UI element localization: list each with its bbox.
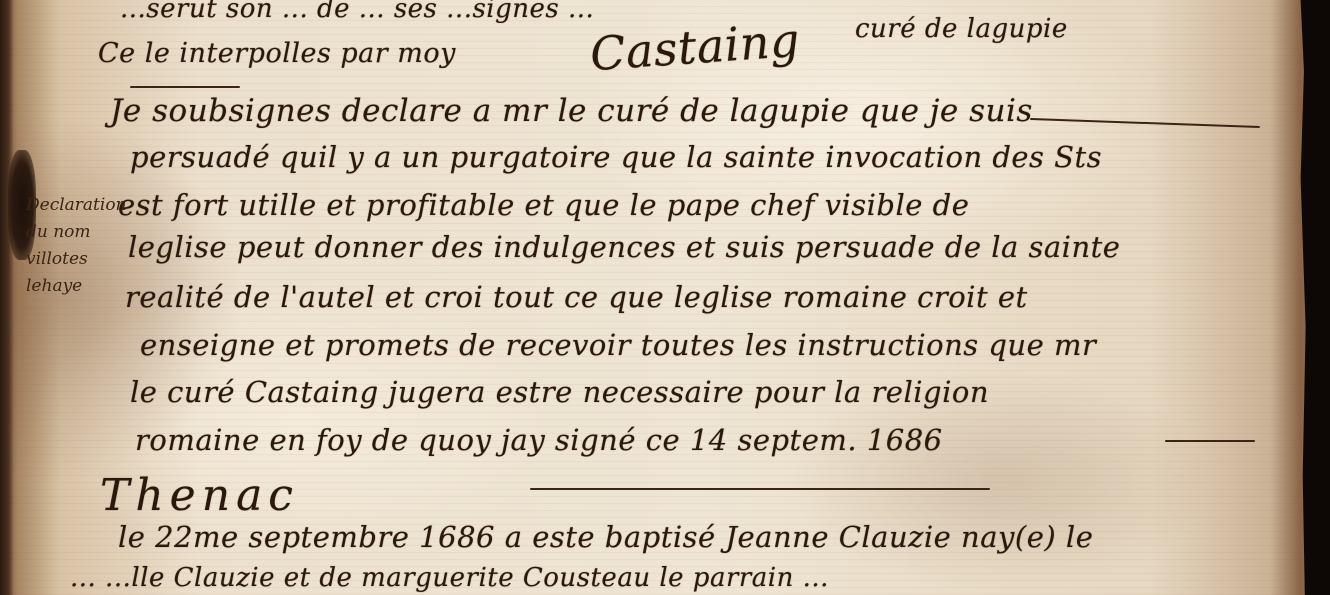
line-4: est fort utille et profitable et que le …	[118, 188, 969, 222]
line-5: leglise peut donner des indulgences et s…	[128, 230, 1120, 264]
page-edge-shadow	[1288, 0, 1330, 595]
signature-underline	[530, 488, 990, 490]
signature-castaing: Castaing	[588, 13, 801, 82]
line-6: realité de l'autel et croi tout ce que l…	[125, 280, 1028, 314]
manuscript-page: ...serut son ... de ... ses ...signes ..…	[0, 0, 1330, 595]
line-0-top-cut: ...serut son ... de ... ses ...signes ..…	[120, 0, 594, 24]
line-9-dated-signature-line: romaine en foy de quoy jay signé ce 14 s…	[135, 423, 943, 457]
line-11-bottom-cut: ... ...lle Clauzie et de marguerite Cous…	[70, 563, 829, 593]
line-1-interpolation-note: Ce le interpolles par moy	[98, 38, 456, 69]
flourish-rule	[1030, 118, 1260, 128]
line-3: persuadé quil y a un purgatoire que la s…	[130, 140, 1102, 174]
line-10-baptism-entry: le 22me septembre 1686 a este baptisé Je…	[118, 520, 1093, 554]
signature-title: curé de lagupie	[855, 14, 1068, 44]
binding-shadow	[0, 0, 14, 595]
line-2-declaration-start: Je soubsignes declare a mr le curé de la…	[110, 93, 1033, 129]
signature-thenac: Thenac	[100, 470, 299, 521]
date-flourish	[1165, 440, 1255, 442]
divider-rule	[130, 86, 240, 88]
margin-note: Declaration du nom villotes lehaye	[26, 192, 127, 300]
line-7: enseigne et promets de recevoir toutes l…	[140, 328, 1096, 362]
line-8: le curé Castaing jugera estre necessaire…	[130, 375, 989, 409]
